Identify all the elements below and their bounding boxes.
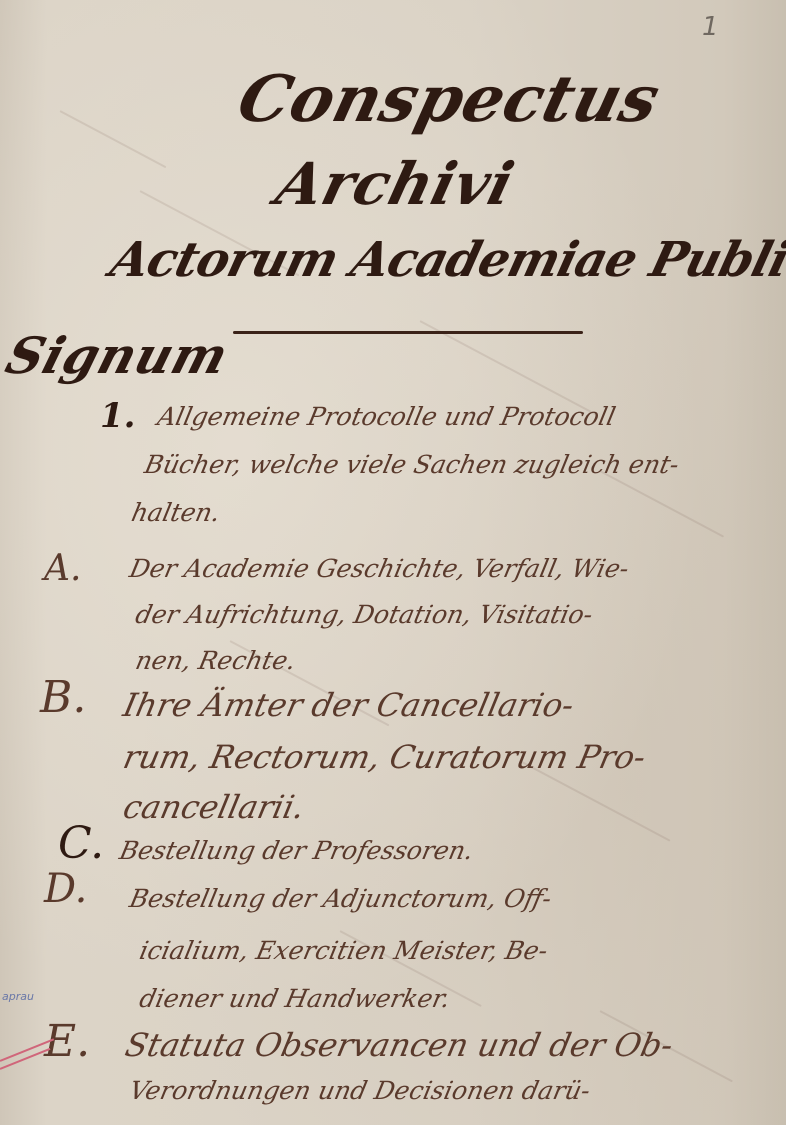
entry-line: Verordnungen und Decisionen darü- — [127, 1076, 593, 1105]
title-line-1: Conspectus — [231, 62, 667, 137]
entry-marker: B. — [40, 672, 86, 723]
title-line-2: Archivi — [270, 150, 521, 218]
entry-line: nen, Rechte. — [133, 646, 299, 675]
entry-line: halten. — [129, 498, 223, 527]
column-heading-signum: Signum — [0, 326, 235, 385]
entry-line: Bestellung der Professoren. — [117, 836, 476, 865]
entry-line: rum, Rectorum, Curatorum Pro- — [120, 738, 649, 776]
entry-line: cancellarii. — [120, 788, 308, 826]
entry-line: Bestellung der Adjunctorum, Off- — [127, 884, 554, 913]
manuscript-page: 1 Conspectus Archivi Actorum Academiae P… — [0, 0, 786, 1125]
entry-line: Statuta Observancen und der Ob- — [122, 1026, 677, 1064]
entry-line: der Aufrichtung, Dotation, Visitatio- — [133, 600, 596, 629]
margin-pencil-note: aprau — [2, 990, 34, 1003]
bleed-through-stroke — [600, 470, 725, 537]
entry-line: diener und Handwerker. — [137, 984, 453, 1013]
title-line-3: Actorum Academiae Publicûm — [105, 232, 786, 288]
entry-line: Allgemeine Protocolle und Protocoll — [155, 402, 618, 431]
entry-line: Ihre Ämter der Cancellario- — [120, 686, 578, 724]
entry-line: Der Academie Geschichte, Verfall, Wie- — [127, 554, 632, 583]
bleed-through-stroke — [60, 110, 167, 168]
entry-line: Bücher, welche viele Sachen zugleich ent… — [142, 450, 682, 479]
entry-marker: 1. — [100, 396, 136, 436]
entry-marker: C. — [58, 818, 104, 869]
folio-number: 1 — [702, 12, 719, 42]
entry-marker: D. — [44, 866, 87, 912]
entry-marker: A. — [44, 548, 81, 589]
entry-line: icialium, Exercitien Meister, Be- — [137, 936, 551, 965]
title-divider — [233, 331, 583, 334]
